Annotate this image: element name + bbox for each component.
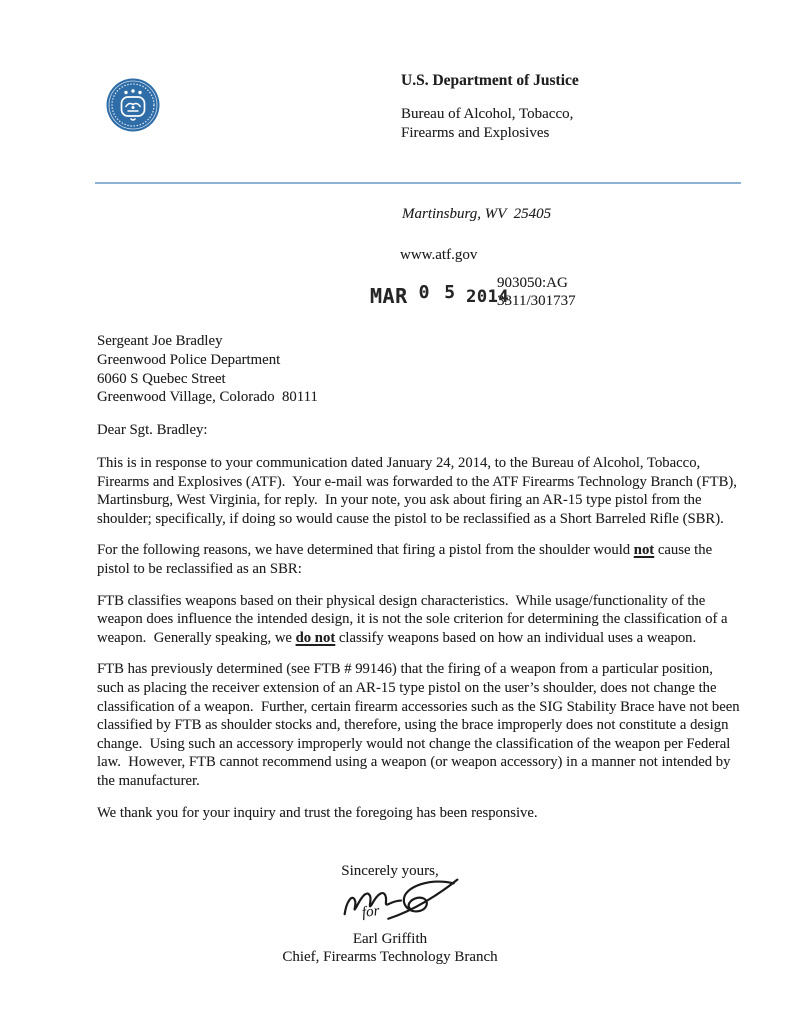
bureau-line: Firearms and Explosives bbox=[401, 124, 573, 143]
signature-image bbox=[334, 876, 468, 926]
salutation: Dear Sgt. Bradley: bbox=[97, 422, 208, 439]
recipient-address-line: Greenwood Village, Colorado 80111 bbox=[97, 388, 318, 407]
reference-line: 3311/301737 bbox=[497, 293, 576, 311]
paragraph-text: For the following reasons, we have deter… bbox=[97, 542, 634, 558]
reference-line: 903050:AG bbox=[497, 275, 576, 293]
recipient-address: Sergeant Joe BradleyGreenwood Police Dep… bbox=[97, 332, 318, 407]
bureau-line: Bureau of Alcohol, Tobacco, bbox=[401, 105, 573, 124]
reference-numbers: 903050:AG3311/301737 bbox=[497, 275, 576, 310]
paragraph-text: classify weapons based on how an individ… bbox=[335, 630, 696, 646]
body-paragraph: For the following reasons, we have deter… bbox=[97, 541, 743, 578]
recipient-address-line: 6060 S Quebec Street bbox=[97, 370, 318, 389]
letter-page: U.S. Department of Justice Bureau of Alc… bbox=[0, 0, 791, 1024]
stamp-month: MAR bbox=[370, 284, 408, 308]
stamp-day: 0 5 bbox=[419, 282, 458, 303]
emphasized-text: do not bbox=[296, 630, 336, 646]
signature-for-annotation: for bbox=[361, 903, 380, 922]
body-paragraph: FTB has previously determined (see FTB #… bbox=[97, 660, 743, 790]
paragraph-text: This is in response to your communicatio… bbox=[97, 455, 741, 527]
letter-body: This is in response to your communicatio… bbox=[97, 454, 743, 835]
recipient-address-line: Sergeant Joe Bradley bbox=[97, 332, 318, 351]
paragraph-text: FTB has previously determined (see FTB #… bbox=[97, 661, 743, 789]
body-paragraph: We thank you for your inquiry and trust … bbox=[97, 804, 743, 823]
agency-title: U.S. Department of Justice bbox=[401, 72, 579, 90]
body-paragraph: This is in response to your communicatio… bbox=[97, 454, 743, 528]
paragraph-text: We thank you for your inquiry and trust … bbox=[97, 805, 538, 821]
emphasized-text: not bbox=[634, 542, 654, 558]
bureau-name: Bureau of Alcohol, Tobacco,Firearms and … bbox=[401, 105, 573, 143]
signer-title: Chief, Firearms Technology Branch bbox=[95, 949, 685, 966]
received-date-stamp: MAR0 52014 bbox=[370, 284, 509, 308]
signer-name: Earl Griffith bbox=[95, 931, 685, 948]
doj-seal-icon bbox=[104, 76, 162, 134]
header-divider-rule bbox=[95, 182, 741, 184]
body-paragraph: FTB classifies weapons based on their ph… bbox=[97, 592, 743, 648]
website-url: www.atf.gov bbox=[400, 247, 477, 264]
recipient-address-line: Greenwood Police Department bbox=[97, 351, 318, 370]
office-location: Martinsburg, WV 25405 bbox=[402, 206, 551, 223]
